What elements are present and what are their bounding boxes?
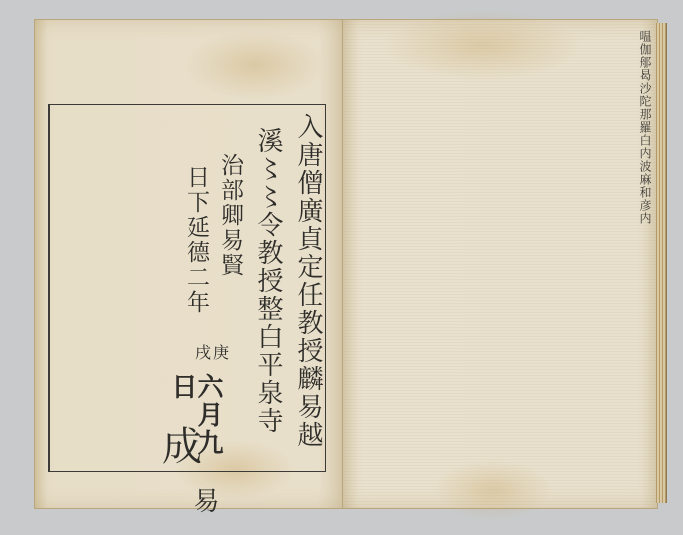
water-stain [185,30,325,100]
text-column-2: 溪〻〻令教授整白平泉寺 [255,127,281,435]
signature-mark: 成 [162,415,202,472]
left-page: 入唐僧廣貞定任教授麟易越 溪〻〻令教授整白平泉寺 治部卿易賢 日下延德二年 戌庚… [34,19,343,509]
text-column-1: 入唐僧廣貞定任教授麟易越 [295,113,321,449]
margin-note: 嗢伽郍曷沙陀那羅白内波麻和彦内 [639,30,651,225]
text-column-4b: 戌庚 [195,345,231,361]
text-column-3: 治部卿易賢 [218,153,241,278]
water-stain [433,460,553,520]
right-page: 嗢伽郍曷沙陀那羅白内波麻和彦内 [342,19,658,509]
text-frame: 入唐僧廣貞定任教授麟易越 溪〻〻令教授整白平泉寺 治部卿易賢 日下延德二年 戌庚… [48,104,326,472]
text-column-6: 易 [191,487,217,515]
water-stain [383,10,583,80]
page-edges [656,23,667,503]
open-book: 入唐僧廣貞定任教授麟易越 溪〻〻令教授整白平泉寺 治部卿易賢 日下延德二年 戌庚… [34,19,666,509]
text-column-4: 日下延德二年 [184,165,207,315]
